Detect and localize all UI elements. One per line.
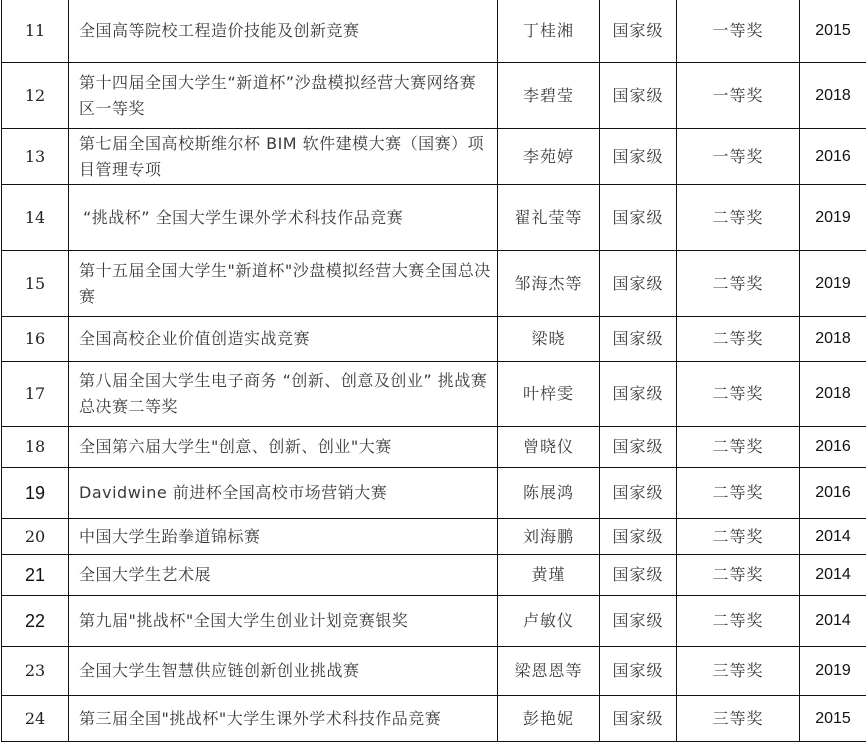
winner-name: 梁恩恩等	[498, 647, 600, 696]
award-level: 国家级	[600, 185, 677, 251]
award-grade: 一等奖	[677, 63, 800, 129]
winner-name: 邹海杰等	[498, 251, 600, 317]
award-grade: 二等奖	[677, 519, 800, 555]
table-row: 13 第七届全国高校斯维尔杯 BIM 软件建模大赛（国赛）项目管理专项 李苑婷 …	[2, 129, 866, 185]
award-year: 2019	[800, 647, 866, 696]
award-grade: 二等奖	[677, 427, 800, 468]
row-number: 15	[2, 251, 69, 317]
award-grade: 二等奖	[677, 362, 800, 427]
award-year: 2018	[800, 317, 866, 362]
row-number: 17	[2, 362, 69, 427]
award-year: 2016	[800, 129, 866, 185]
award-year: 2014	[800, 596, 866, 647]
award-year: 2016	[800, 468, 866, 519]
table-row: 17 第八届全国大学生电子商务 “创新、创意及创业” 挑战赛总决赛二等奖 叶梓雯…	[2, 362, 866, 427]
competition-name: 第九届"挑战杯"全国大学生创业计划竞赛银奖	[69, 596, 498, 647]
row-number: 24	[2, 696, 69, 742]
award-year: 2014	[800, 555, 866, 596]
award-level: 国家级	[600, 555, 677, 596]
competition-name: 全国大学生智慧供应链创新创业挑战赛	[69, 647, 498, 696]
award-level: 国家级	[600, 427, 677, 468]
award-level: 国家级	[600, 0, 677, 63]
table-row: 21 全国大学生艺术展 黄瑾 国家级 二等奖 2014	[2, 555, 866, 596]
row-number: 12	[2, 63, 69, 129]
award-level: 国家级	[600, 647, 677, 696]
award-level: 国家级	[600, 468, 677, 519]
competition-name: 第十五届全国大学生"新道杯"沙盘模拟经营大赛全国总决赛	[69, 251, 498, 317]
table-row: 23 全国大学生智慧供应链创新创业挑战赛 梁恩恩等 国家级 三等奖 2019	[2, 647, 866, 696]
competition-name: 全国高校企业价值创造实战竞赛	[69, 317, 498, 362]
award-level: 国家级	[600, 251, 677, 317]
award-level: 国家级	[600, 696, 677, 742]
award-level: 国家级	[600, 129, 677, 185]
awards-table: 11 全国高等院校工程造价技能及创新竞赛 丁桂湘 国家级 一等奖 2015 12…	[1, 0, 866, 742]
award-level: 国家级	[600, 317, 677, 362]
award-grade: 二等奖	[677, 251, 800, 317]
row-number: 18	[2, 427, 69, 468]
document-page: 11 全国高等院校工程造价技能及创新竞赛 丁桂湘 国家级 一等奖 2015 12…	[0, 0, 866, 744]
award-grade: 三等奖	[677, 647, 800, 696]
table-row: 12 第十四届全国大学生“新道杯”沙盘模拟经营大赛网络赛区一等奖 李碧莹 国家级…	[2, 63, 866, 129]
award-year: 2016	[800, 427, 866, 468]
table-row: 14 “挑战杯” 全国大学生课外学术科技作品竞赛 翟礼莹等 国家级 二等奖 20…	[2, 185, 866, 251]
table-row: 24 第三届全国"挑战杯"大学生课外学术科技作品竞赛 彭艳妮 国家级 三等奖 2…	[2, 696, 866, 742]
competition-name: 全国高等院校工程造价技能及创新竞赛	[69, 0, 498, 63]
winner-name: 卢敏仪	[498, 596, 600, 647]
award-year: 2018	[800, 63, 866, 129]
award-year: 2019	[800, 185, 866, 251]
table-row: 19 Davidwine 前进杯全国高校市场营销大赛 陈展鸿 国家级 二等奖 2…	[2, 468, 866, 519]
award-year: 2015	[800, 0, 866, 63]
winner-name: 陈展鸿	[498, 468, 600, 519]
table-row: 20 中国大学生跆拳道锦标赛 刘海鹏 国家级 二等奖 2014	[2, 519, 866, 555]
competition-name: 第七届全国高校斯维尔杯 BIM 软件建模大赛（国赛）项目管理专项	[69, 129, 498, 185]
winner-name: 李碧莹	[498, 63, 600, 129]
award-level: 国家级	[600, 362, 677, 427]
table-row: 18 全国第六届大学生"创意、创新、创业"大赛 曾晓仪 国家级 二等奖 2016	[2, 427, 866, 468]
award-level: 国家级	[600, 519, 677, 555]
table-row: 11 全国高等院校工程造价技能及创新竞赛 丁桂湘 国家级 一等奖 2015	[2, 0, 866, 63]
competition-name: 第三届全国"挑战杯"大学生课外学术科技作品竞赛	[69, 696, 498, 742]
award-grade: 二等奖	[677, 555, 800, 596]
row-number: 13	[2, 129, 69, 185]
award-grade: 一等奖	[677, 129, 800, 185]
award-year: 2014	[800, 519, 866, 555]
award-year: 2019	[800, 251, 866, 317]
winner-name: 刘海鹏	[498, 519, 600, 555]
row-number: 11	[2, 0, 69, 63]
award-level: 国家级	[600, 596, 677, 647]
winner-name: 翟礼莹等	[498, 185, 600, 251]
competition-name: 全国第六届大学生"创意、创新、创业"大赛	[69, 427, 498, 468]
table-row: 16 全国高校企业价值创造实战竞赛 梁晓 国家级 二等奖 2018	[2, 317, 866, 362]
row-number: 22	[2, 596, 69, 647]
row-number: 14	[2, 185, 69, 251]
row-number: 20	[2, 519, 69, 555]
competition-name: 第十四届全国大学生“新道杯”沙盘模拟经营大赛网络赛区一等奖	[69, 63, 498, 129]
competition-name: 全国大学生艺术展	[69, 555, 498, 596]
award-grade: 二等奖	[677, 185, 800, 251]
winner-name: 梁晓	[498, 317, 600, 362]
winner-name: 叶梓雯	[498, 362, 600, 427]
competition-name: 中国大学生跆拳道锦标赛	[69, 519, 498, 555]
competition-name: Davidwine 前进杯全国高校市场营销大赛	[69, 468, 498, 519]
row-number: 23	[2, 647, 69, 696]
award-grade: 二等奖	[677, 317, 800, 362]
table-row: 22 第九届"挑战杯"全国大学生创业计划竞赛银奖 卢敏仪 国家级 二等奖 201…	[2, 596, 866, 647]
award-level: 国家级	[600, 63, 677, 129]
competition-name: “挑战杯” 全国大学生课外学术科技作品竞赛	[69, 185, 498, 251]
winner-name: 李苑婷	[498, 129, 600, 185]
row-number: 21	[2, 555, 69, 596]
winner-name: 黄瑾	[498, 555, 600, 596]
competition-name: 第八届全国大学生电子商务 “创新、创意及创业” 挑战赛总决赛二等奖	[69, 362, 498, 427]
winner-name: 彭艳妮	[498, 696, 600, 742]
award-grade: 二等奖	[677, 596, 800, 647]
row-number: 19	[2, 468, 69, 519]
award-year: 2018	[800, 362, 866, 427]
award-grade: 三等奖	[677, 696, 800, 742]
award-grade: 一等奖	[677, 0, 800, 63]
award-year: 2015	[800, 696, 866, 742]
award-grade: 二等奖	[677, 468, 800, 519]
row-number: 16	[2, 317, 69, 362]
winner-name: 丁桂湘	[498, 0, 600, 63]
table-row: 15 第十五届全国大学生"新道杯"沙盘模拟经营大赛全国总决赛 邹海杰等 国家级 …	[2, 251, 866, 317]
winner-name: 曾晓仪	[498, 427, 600, 468]
